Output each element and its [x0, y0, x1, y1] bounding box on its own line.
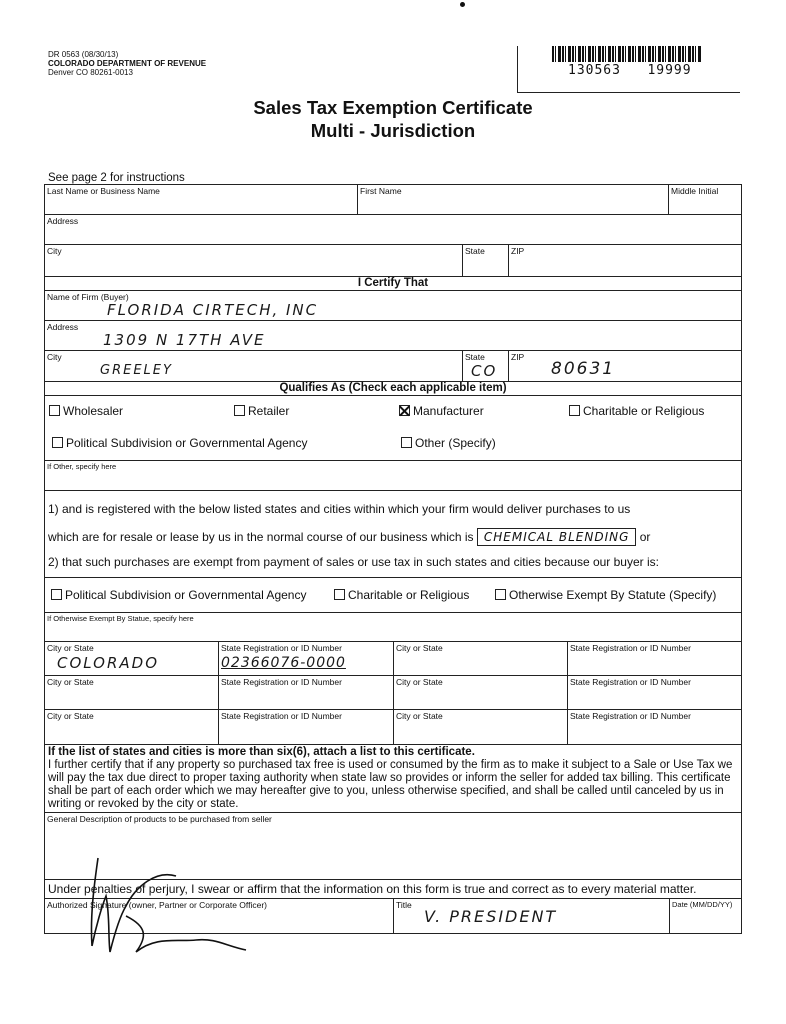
- exempt-specify-field[interactable]: If Otherwise Exempt By Statue, specify h…: [45, 613, 741, 641]
- seller-state-field[interactable]: State: [463, 245, 509, 276]
- checkbox-icon: [334, 589, 345, 600]
- seller-state-label: State: [465, 246, 485, 256]
- exempt-charitable-checkbox[interactable]: Charitable or Religious: [334, 588, 469, 602]
- instructions-note: See page 2 for instructions: [48, 172, 185, 184]
- reg-city-2b[interactable]: City or State: [394, 676, 568, 709]
- statement-business-prefix: which are for resale or lease by us in t…: [48, 530, 474, 544]
- buyer-city-label: City: [47, 352, 62, 362]
- reg-id-1a[interactable]: State Registration or ID Number 02366076…: [219, 642, 394, 675]
- exempt-statute-label: Otherwise Exempt By Statute (Specify): [509, 588, 716, 602]
- buyer-zip-value: 80631: [551, 359, 615, 379]
- statement-1: 1) and is registered with the below list…: [48, 502, 630, 516]
- middle-initial-label: Middle Initial: [671, 186, 718, 196]
- products-label: General Description of products to be pu…: [47, 814, 272, 824]
- retailer-label: Retailer: [248, 404, 289, 418]
- middle-initial-field[interactable]: Middle Initial: [669, 185, 741, 214]
- buyer-address-row: Address 1309 N 17TH AVE: [45, 321, 741, 351]
- id-label: State Registration or ID Number: [221, 643, 342, 653]
- other-specify-field[interactable]: If Other, specify here: [45, 461, 741, 490]
- reg-id-value: 02366076-0000: [221, 655, 346, 671]
- certify-heading: I Certify That: [45, 277, 741, 290]
- exempt-political-label: Political Subdivision or Governmental Ag…: [65, 588, 306, 602]
- seller-address-row: Address: [45, 215, 741, 245]
- last-name-label: Last Name or Business Name: [47, 186, 160, 196]
- handwritten-signature-icon: [76, 856, 256, 956]
- buyer-state-field[interactable]: State CO: [463, 351, 509, 381]
- city-label: City or State: [47, 711, 94, 721]
- title-label: Title: [396, 900, 412, 910]
- last-name-field[interactable]: Last Name or Business Name: [45, 185, 358, 214]
- seller-city-label: City: [47, 246, 62, 256]
- manufacturer-label: Manufacturer: [413, 404, 484, 418]
- buyer-address-label: Address: [47, 322, 78, 332]
- seller-city-row: City State ZIP: [45, 245, 741, 277]
- qualifies-heading: Qualifies As (Check each applicable item…: [45, 382, 741, 395]
- registration-row-2: City or State State Registration or ID N…: [45, 676, 741, 710]
- buyer-city-row: City GREELEY State CO ZIP 80631: [45, 351, 741, 382]
- other-specify-label: If Other, specify here: [47, 462, 116, 471]
- statement-2: 2) that such purchases are exempt from p…: [48, 555, 659, 569]
- reg-id-3b[interactable]: State Registration or ID Number: [568, 710, 741, 744]
- reg-id-2b[interactable]: State Registration or ID Number: [568, 676, 741, 709]
- id-label: State Registration or ID Number: [570, 711, 691, 721]
- buyer-city-value: GREELEY: [100, 363, 173, 378]
- political-label: Political Subdivision or Governmental Ag…: [66, 436, 307, 450]
- registration-row-1: City or State COLORADO State Registratio…: [45, 642, 741, 676]
- reg-id-2a[interactable]: State Registration or ID Number: [219, 676, 394, 709]
- qualifies-heading-row: Qualifies As (Check each applicable item…: [45, 382, 741, 396]
- buyer-zip-field[interactable]: ZIP 80631: [509, 351, 741, 381]
- attach-list-note: If the list of states and cities is more…: [48, 746, 475, 758]
- title-line-1: Sales Tax Exemption Certificate: [0, 96, 786, 119]
- id-label: State Registration or ID Number: [570, 677, 691, 687]
- title-value: V. PRESIDENT: [424, 907, 557, 926]
- checkbox-icon: [569, 405, 580, 416]
- buyer-firm-field[interactable]: Name of Firm (Buyer) FLORIDA CIRTECH, IN…: [45, 291, 741, 320]
- exempt-charitable-label: Charitable or Religious: [348, 588, 469, 602]
- buyer-city-field[interactable]: City GREELEY: [45, 351, 463, 381]
- reg-id-1b[interactable]: State Registration or ID Number: [568, 642, 741, 675]
- exempt-options-row: Political Subdivision or Governmental Ag…: [45, 578, 741, 613]
- checkbox-icon: [234, 405, 245, 416]
- charitable-label: Charitable or Religious: [583, 404, 704, 418]
- seller-name-row: Last Name or Business Name First Name Mi…: [45, 185, 741, 215]
- checkbox-icon: [401, 437, 412, 448]
- buyer-state-label: State: [465, 352, 485, 362]
- seller-address-label: Address: [47, 216, 78, 226]
- buyer-firm-row: Name of Firm (Buyer) FLORIDA CIRTECH, IN…: [45, 291, 741, 321]
- reg-city-1a[interactable]: City or State COLORADO: [45, 642, 219, 675]
- certification-row: If the list of states and cities is more…: [45, 745, 741, 813]
- wholesaler-checkbox[interactable]: Wholesaler: [49, 404, 123, 418]
- statements-row: 1) and is registered with the below list…: [45, 491, 741, 578]
- checkbox-icon: [49, 405, 60, 416]
- buyer-zip-label: ZIP: [511, 352, 524, 362]
- reg-city-3b[interactable]: City or State: [394, 710, 568, 744]
- buyer-address-value: 1309 N 17TH AVE: [103, 331, 265, 349]
- checkbox-icon: [52, 437, 63, 448]
- form-header: DR 0563 (08/30/13) COLORADO DEPARTMENT O…: [48, 50, 206, 77]
- scan-mark: [460, 2, 465, 7]
- city-label: City or State: [47, 643, 94, 653]
- qualifies-options-row: Wholesaler Retailer Manufacturer Charita…: [45, 396, 741, 461]
- certify-heading-row: I Certify That: [45, 277, 741, 291]
- city-label: City or State: [396, 643, 443, 653]
- reg-city-3a[interactable]: City or State: [45, 710, 219, 744]
- department-address: Denver CO 80261-0013: [48, 68, 206, 77]
- buyer-state-value: CO: [471, 362, 497, 380]
- date-field[interactable]: Date (MM/DD/YY): [670, 899, 741, 933]
- manufacturer-checkbox[interactable]: Manufacturer: [399, 404, 484, 418]
- id-label: State Registration or ID Number: [221, 711, 342, 721]
- certification-text: If the list of states and cities is more…: [45, 745, 741, 812]
- other-label: Other (Specify): [415, 436, 496, 450]
- checked-checkbox-icon: [399, 405, 410, 416]
- date-label: Date (MM/DD/YY): [672, 900, 732, 909]
- business-type-field[interactable]: CHEMICAL BLENDING: [477, 528, 637, 546]
- certification-body: I further certify that if any property s…: [48, 759, 732, 810]
- city-label: City or State: [396, 711, 443, 721]
- wholesaler-label: Wholesaler: [63, 404, 123, 418]
- seller-city-field[interactable]: City: [45, 245, 463, 276]
- buyer-address-field[interactable]: Address 1309 N 17TH AVE: [45, 321, 741, 350]
- other-checkbox[interactable]: Other (Specify): [401, 436, 496, 450]
- exemption-form: Last Name or Business Name First Name Mi…: [44, 184, 742, 934]
- registration-row-3: City or State State Registration or ID N…: [45, 710, 741, 745]
- first-name-label: First Name: [360, 186, 402, 196]
- retailer-checkbox[interactable]: Retailer: [234, 404, 289, 418]
- title-line-2: Multi - Jurisdiction: [0, 119, 786, 142]
- exempt-statute-checkbox[interactable]: Otherwise Exempt By Statute (Specify): [495, 588, 716, 602]
- statement-business: which are for resale or lease by us in t…: [48, 528, 650, 546]
- title-field[interactable]: Title V. PRESIDENT: [394, 899, 670, 933]
- charitable-checkbox[interactable]: Charitable or Religious: [569, 404, 704, 418]
- seller-zip-label: ZIP: [511, 246, 524, 256]
- exempt-political-checkbox[interactable]: Political Subdivision or Governmental Ag…: [51, 588, 306, 602]
- barcode-box: 130563 19999: [517, 46, 740, 93]
- reg-id-3a[interactable]: State Registration or ID Number: [219, 710, 394, 744]
- barcode-icon: [552, 46, 702, 62]
- id-label: State Registration or ID Number: [570, 643, 691, 653]
- city-label: City or State: [47, 677, 94, 687]
- reg-city-value: COLORADO: [57, 654, 159, 672]
- seller-zip-field[interactable]: ZIP: [509, 245, 741, 276]
- other-specify-row: If Other, specify here: [45, 461, 741, 491]
- reg-city-2a[interactable]: City or State: [45, 676, 219, 709]
- city-label: City or State: [396, 677, 443, 687]
- form-number: DR 0563 (08/30/13): [48, 50, 206, 59]
- exempt-specify-row: If Otherwise Exempt By Statue, specify h…: [45, 613, 741, 642]
- statement-or: or: [640, 530, 651, 544]
- page-title: Sales Tax Exemption Certificate Multi - …: [0, 96, 786, 142]
- id-label: State Registration or ID Number: [221, 677, 342, 687]
- checkbox-icon: [495, 589, 506, 600]
- political-checkbox[interactable]: Political Subdivision or Governmental Ag…: [52, 436, 307, 450]
- first-name-field[interactable]: First Name: [358, 185, 669, 214]
- exempt-specify-label: If Otherwise Exempt By Statue, specify h…: [47, 614, 194, 623]
- seller-address-field[interactable]: Address: [45, 215, 741, 244]
- reg-city-1b[interactable]: City or State: [394, 642, 568, 675]
- barcode-number: 130563 19999: [568, 63, 692, 78]
- checkbox-icon: [51, 589, 62, 600]
- buyer-firm-value: FLORIDA CIRTECH, INC: [107, 301, 318, 319]
- department-name: COLORADO DEPARTMENT OF REVENUE: [48, 59, 206, 68]
